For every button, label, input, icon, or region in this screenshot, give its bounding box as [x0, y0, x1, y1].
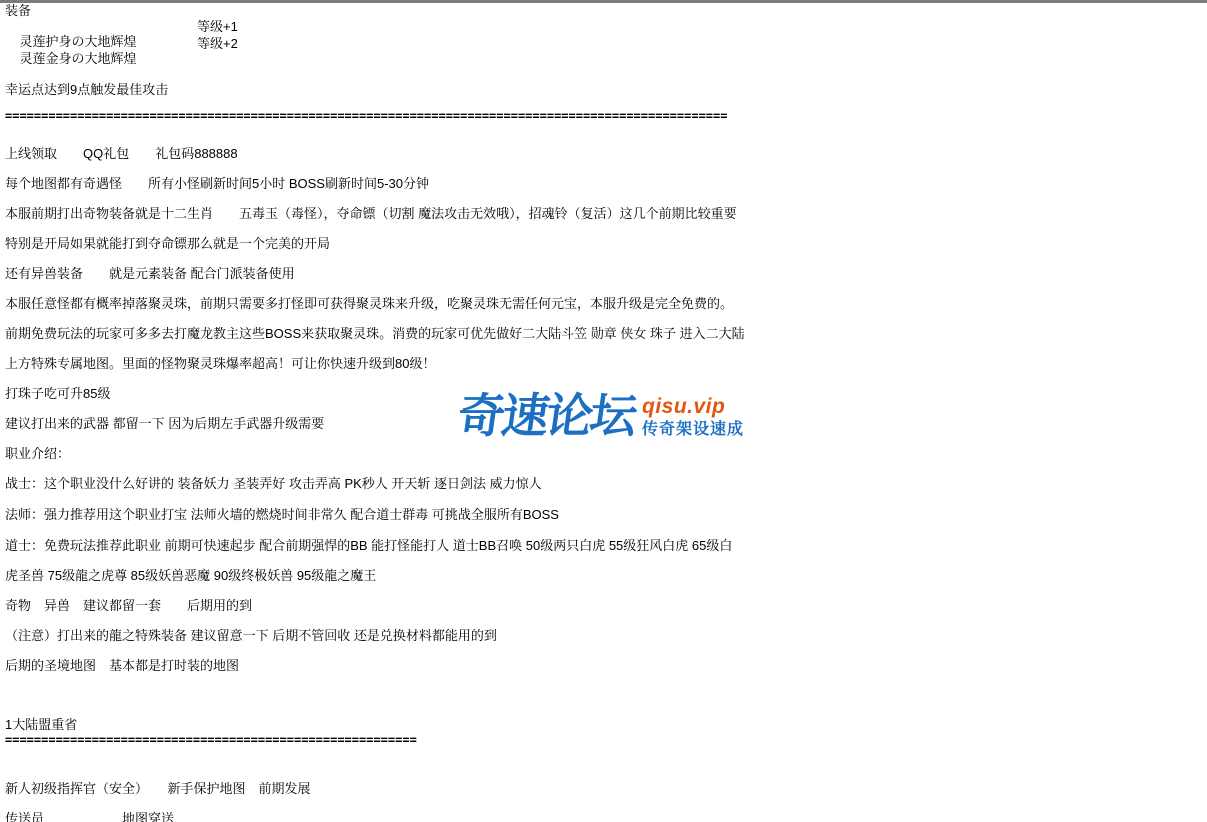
- line-warrior-intro: 战士：这个职业没什么好讲的 装备妖力 圣装弄好 攻击弄高 PK秒人 开天斩 逐日…: [5, 476, 542, 491]
- line-teleporter: 传送员 地图穿送: [5, 811, 174, 822]
- equipment-name: 灵莲金身の大地辉煌: [19, 51, 136, 66]
- separator-line: ========================================…: [5, 109, 727, 124]
- document-page: 装备 灵莲护身の大地辉煌 等级+1 灵莲金身の大地辉煌 等级+2 幸运点达到9点…: [0, 0, 1207, 822]
- equipment-effect: 等级+2: [197, 36, 238, 51]
- line-keep-full-set: 奇物 异兽 建议都留一套 后期用的到: [5, 598, 252, 613]
- line-notice-dragon-equip: （注意）打出来的龍之特殊装备 建议留意一下 后期不管回收 还是兑换材料都能用的到: [5, 628, 497, 643]
- forum-watermark: 奇速论坛 qisu.vip 传奇架设速成: [458, 386, 744, 446]
- watermark-right-column: qisu.vip 传奇架设速成: [642, 395, 744, 441]
- line-pearl-drop: 本服任意怪都有概率掉落聚灵珠，前期只需要多打怪即可获得聚灵珠来升级，吃聚灵珠无需…: [5, 296, 733, 311]
- line-welfare-giftcode: 上线领取 QQ礼包 礼包码888888: [5, 146, 238, 161]
- separator-line: ========================================…: [5, 733, 417, 748]
- line-special-map: 上方特殊专属地图。里面的怪物聚灵珠爆率超高！可让你快速升级到80级！: [5, 356, 435, 371]
- line-class-intro-header: 职业介绍：: [5, 446, 70, 461]
- line-taoist-intro-1: 道士：免费玩法推荐此职业 前期可快速起步 配合前期强悍的BB 能打怪能打人 道士…: [5, 538, 732, 553]
- line-late-game-maps: 后期的圣境地图 基本都是打时装的地图: [5, 658, 239, 673]
- line-mage-intro: 法师：强力推荐用这个职业打宝 法师火墙的燃烧时间非常久 配合道士群毒 可挑战全服…: [5, 507, 559, 522]
- line-taoist-intro-2: 虎圣兽 75级龍之虎尊 85级妖兽恶魔 90级终极妖兽 95级龍之魔王: [5, 568, 376, 583]
- line-perfect-start: 特别是开局如果就能打到夺命镖那么就是一个完美的开局: [5, 236, 330, 251]
- window-top-border: [0, 0, 1207, 3]
- equipment-effect: 等级+1: [197, 19, 238, 34]
- site-url-text: qisu.vip: [642, 395, 744, 419]
- line-monster-respawn: 每个地图都有奇遇怪 所有小怪刷新时间5小时 BOSS刷新时间5-30分钟: [5, 176, 429, 191]
- equipment-title: 装备: [5, 3, 31, 18]
- line-mainland-header: 1大陆盟重省: [5, 717, 77, 732]
- line-rare-items: 本服前期打出奇物装备就是十二生肖 五毒玉（毒怪），夺命镖（切割 魔法攻击无效哦）…: [5, 206, 737, 221]
- line-pearl-level-85: 打珠子吃可升85级: [5, 386, 110, 401]
- line-beast-equipment: 还有异兽装备 就是元素装备 配合门派装备使用: [5, 266, 295, 281]
- line-newbie-commander: 新人初级指挥官（安全） 新手保护地图 前期发展: [5, 781, 311, 796]
- forum-logo-text: 奇速论坛: [454, 386, 638, 446]
- tagline-text: 传奇架设速成: [642, 419, 744, 441]
- line-free-play-boss: 前期免费玩法的玩家可多多去打魔龙教主这些BOSS来获取聚灵珠。消费的玩家可优先做…: [5, 326, 745, 341]
- line-lucky-points: 幸运点达到9点触发最佳攻击: [5, 82, 168, 97]
- line-keep-weapons: 建议打出来的武器 都留一下 因为后期左手武器升级需要: [5, 416, 324, 431]
